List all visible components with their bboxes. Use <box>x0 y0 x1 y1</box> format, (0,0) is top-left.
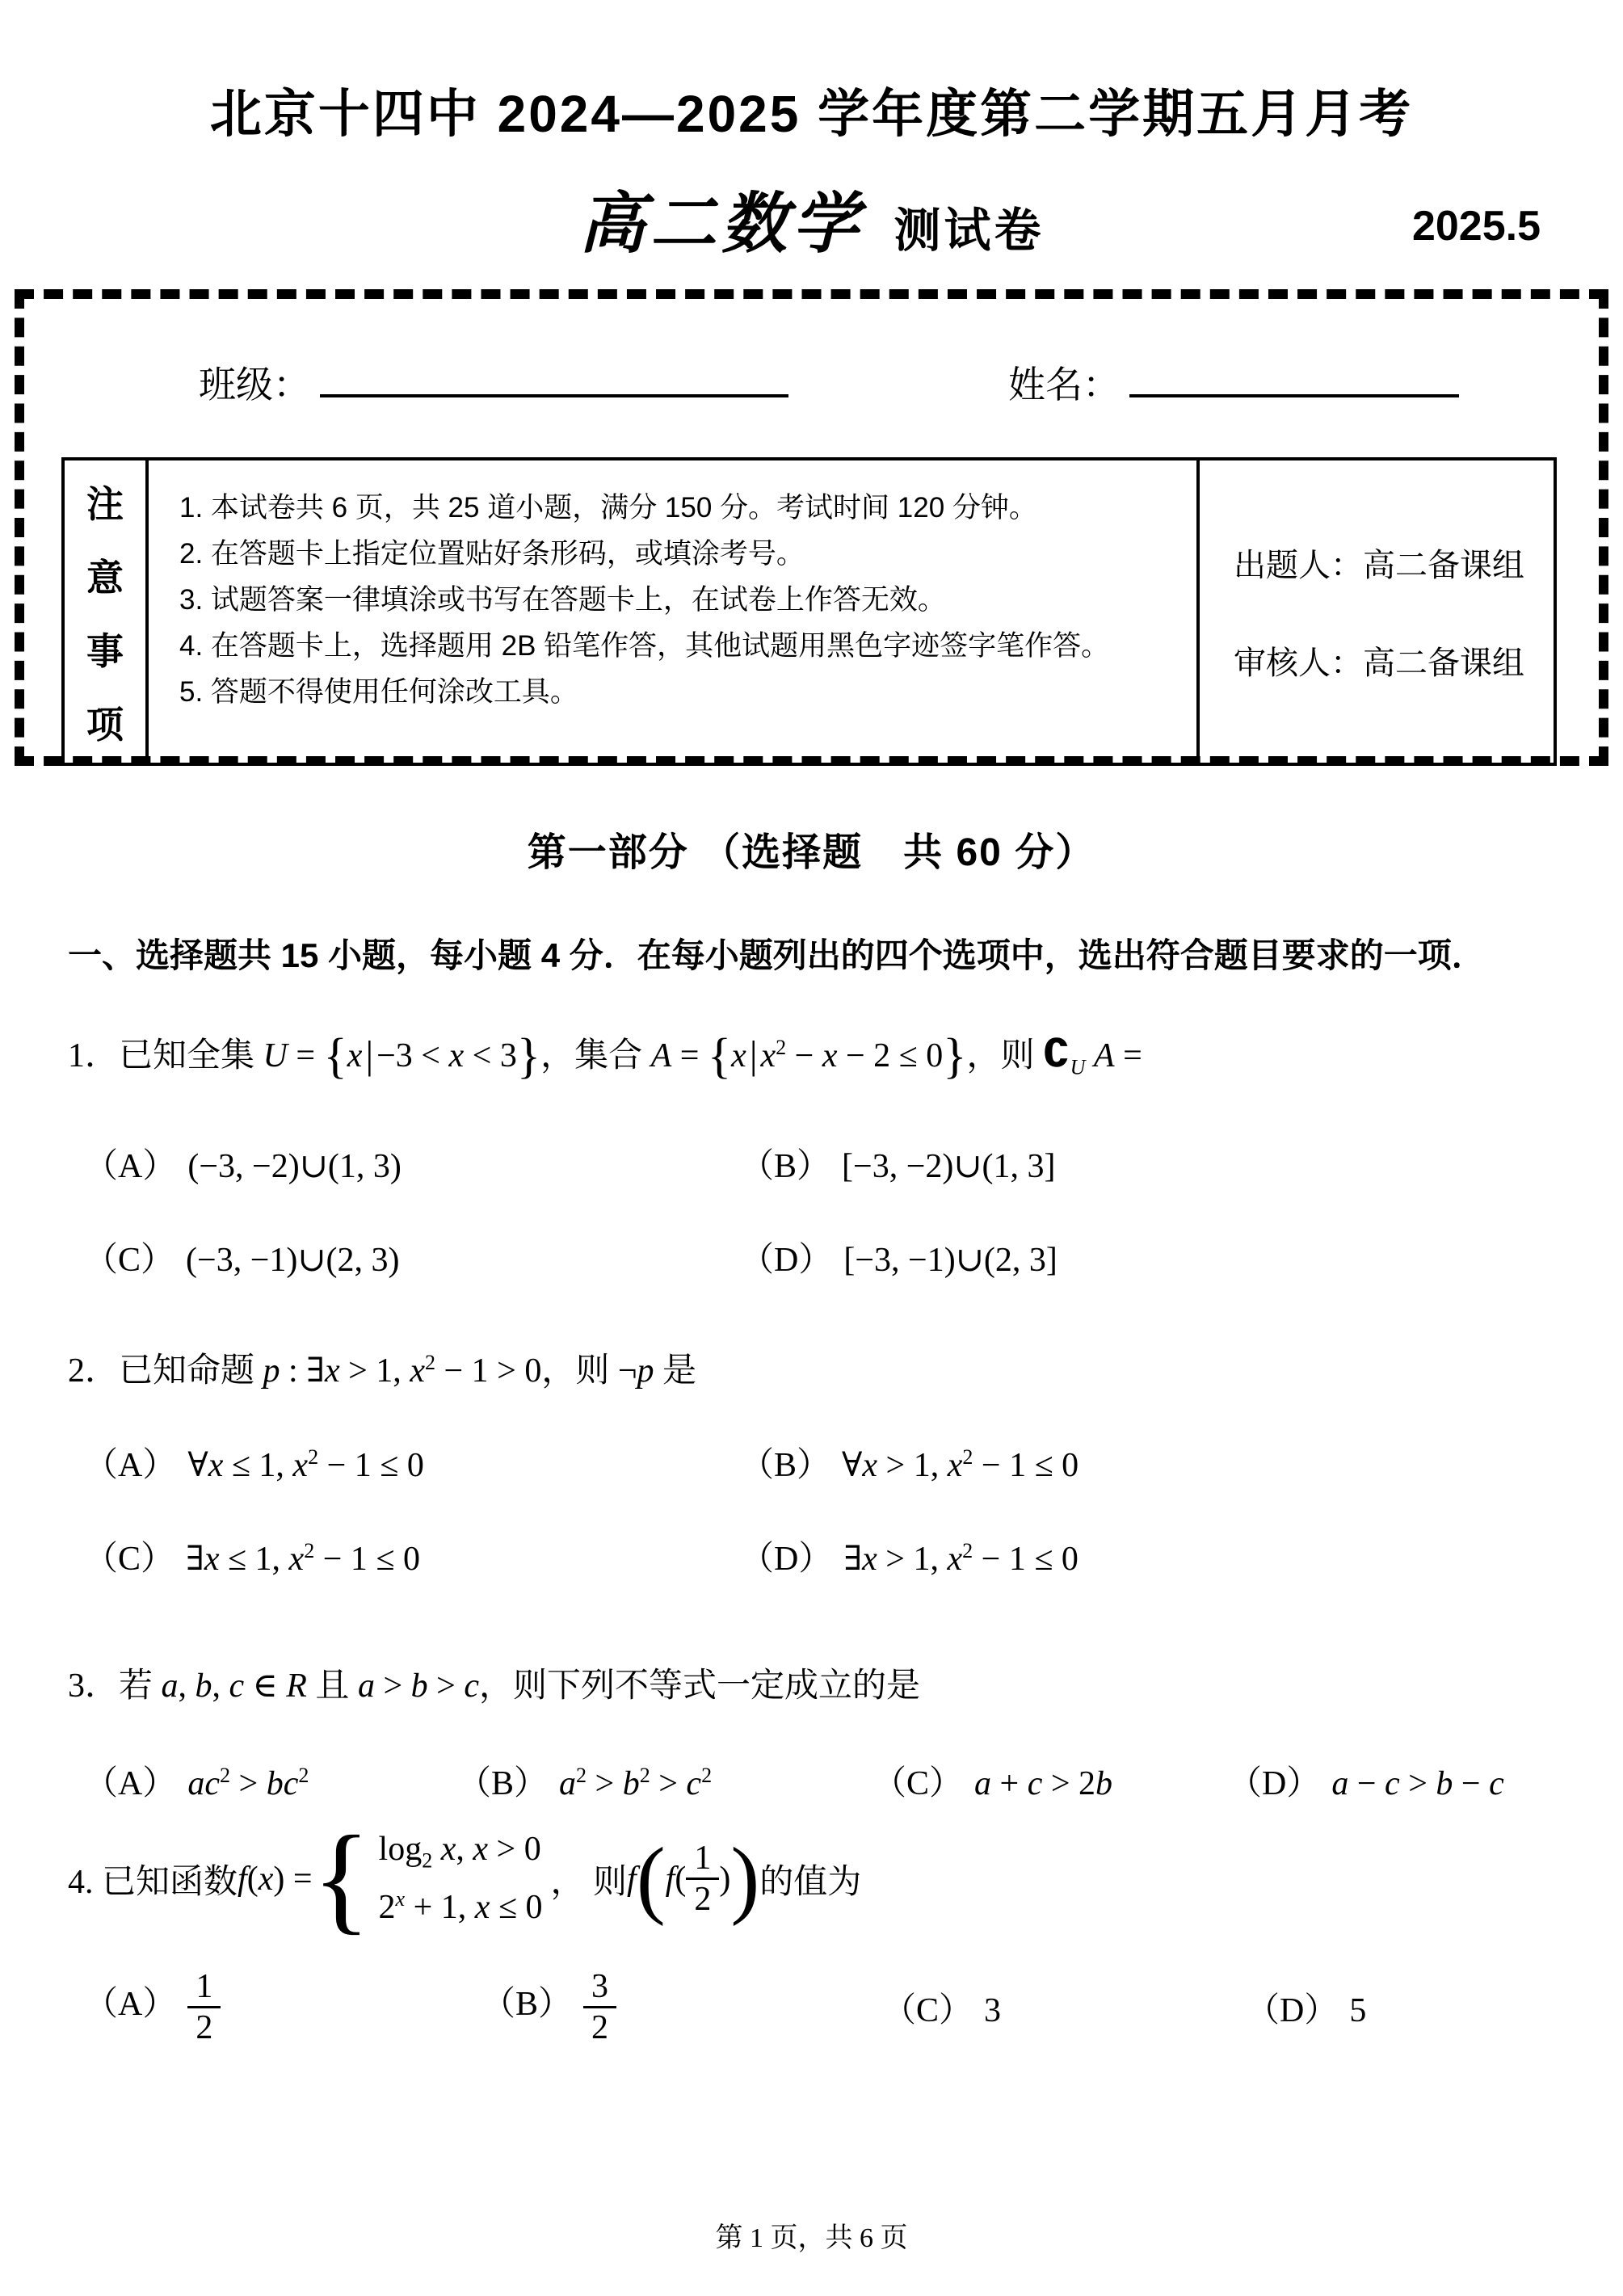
question-3-options: （A）ac2 > bc2 （B）a2 > b2 > c2 （C）a + c > … <box>68 1756 1583 1805</box>
question-3-stem: 3．若 a, b, c ∈ R 且 a > b > c，则下列不等式一定成立的是 <box>68 1658 1583 1714</box>
exam-paper-page: 北京十四中 2024—2025 学年度第二学期五月月考 高二数学 测试卷 202… <box>0 0 1623 2296</box>
question-1-stem: 1．已知全集 U = {x|−3 < x < 3}，集合 A = {x|x2 −… <box>68 1020 1583 1095</box>
question-4-option-a: （A）12 <box>84 1967 481 2048</box>
info-dashed-box: 班级： 姓名： 注 意 事 项 1. 本试卷共 6 页，共 25 道小题，满分 … <box>15 289 1608 766</box>
question-1: 1．已知全集 U = {x|−3 < x < 3}，集合 A = {x|x2 −… <box>68 1020 1583 1281</box>
notice-list: 1. 本试卷共 6 页，共 25 道小题，满分 150 分。考试时间 120 分… <box>149 460 1196 763</box>
student-info-row: 班级： 姓名： <box>24 352 1599 417</box>
question-2-stem: 2．已知命题 p : ∃x > 1, x2 − 1 > 0，则 ¬p 是 <box>68 1335 1583 1399</box>
page-footer: 第 1 页，共 6 页 <box>0 2215 1623 2255</box>
class-blank-line <box>320 352 788 397</box>
question-4-option-d: （D）5 <box>1246 1983 1583 2032</box>
setter-label: 出题人：高二备课组 <box>1234 540 1554 586</box>
question-1-option-a: （A）(−3, −2)∪(1, 3) <box>84 1139 740 1188</box>
question-2: 2．已知命题 p : ∃x > 1, x2 − 1 > 0，则 ¬p 是 （A）… <box>68 1335 1583 1580</box>
notice-table: 注 意 事 项 1. 本试卷共 6 页，共 25 道小题，满分 150 分。考试… <box>61 457 1557 766</box>
exam-subject: 高二数学 <box>578 171 863 266</box>
question-3-option-a: （A）ac2 > bc2 <box>84 1756 457 1805</box>
question-4: 4. 已知函数 f (x) = {log2 x, x > 02x + 1, x … <box>68 1824 1583 2048</box>
question-4-option-c: （C）3 <box>882 1983 1246 2032</box>
question-3: 3．若 a, b, c ∈ R 且 a > b > c，则下列不等式一定成立的是… <box>68 1658 1583 1805</box>
question-2-options: （A）∀x ≤ 1, x2 − 1 ≤ 0 （B）∀x > 1, x2 − 1 … <box>68 1438 1583 1580</box>
notice-title-char: 意 <box>86 549 124 602</box>
notice-item: 5. 答题不得使用任何涂改工具。 <box>179 669 1185 715</box>
question-3-option-c: （C）a + c > 2b <box>872 1756 1228 1805</box>
question-4-options: （A）12 （B）32 （C）3 （D）5 <box>68 1967 1583 2048</box>
question-1-option-d: （D）[−3, −1)∪(2, 3] <box>740 1233 1583 1281</box>
exam-title: 北京十四中 2024—2025 学年度第二学期五月月考 <box>0 73 1623 147</box>
part-title: 第一部分 （选择题 共 60 分） <box>0 821 1623 877</box>
exam-subtitle-row: 高二数学 测试卷 <box>0 171 1623 266</box>
notice-title-char: 注 <box>86 475 124 528</box>
exam-type: 测试卷 <box>893 192 1044 260</box>
question-2-option-d: （D）∃x > 1, x2 − 1 ≤ 0 <box>740 1532 1583 1580</box>
question-1-option-b: （B）[−3, −2)∪(1, 3] <box>740 1139 1583 1188</box>
notice-title-char: 项 <box>86 696 124 749</box>
question-3-option-d: （D）a − c > b − c <box>1228 1756 1583 1805</box>
question-2-option-c: （C）∃x ≤ 1, x2 − 1 ≤ 0 <box>84 1532 740 1580</box>
question-2-option-b: （B）∀x > 1, x2 − 1 ≤ 0 <box>740 1438 1583 1487</box>
question-1-options: （A）(−3, −2)∪(1, 3) （B）[−3, −2)∪(1, 3] （C… <box>68 1139 1583 1281</box>
staff-column: 出题人：高二备课组 审核人：高二备课组 <box>1196 460 1554 763</box>
question-1-option-c: （C）(−3, −1)∪(2, 3) <box>84 1233 740 1281</box>
notice-item: 3. 试题答案一律填涂或书写在答题卡上，在试卷上作答无效。 <box>179 577 1185 623</box>
name-blank-line <box>1129 352 1459 397</box>
notice-item: 1. 本试卷共 6 页，共 25 道小题，满分 150 分。考试时间 120 分… <box>179 485 1185 531</box>
notice-item: 4. 在答题卡上，选择题用 2B 铅笔作答，其他试题用黑色字迹签字笔作答。 <box>179 623 1185 669</box>
question-2-option-a: （A）∀x ≤ 1, x2 − 1 ≤ 0 <box>84 1438 740 1487</box>
name-label: 姓名： <box>1008 364 1120 406</box>
question-4-option-b: （B）32 <box>481 1967 882 2048</box>
notice-title-char: 事 <box>86 622 124 675</box>
reviewer-label: 审核人：高二备课组 <box>1234 637 1554 683</box>
question-3-option-b: （B）a2 > b2 > c2 <box>457 1756 872 1805</box>
question-4-stem: 4. 已知函数 f (x) = {log2 x, x > 02x + 1, x … <box>68 1824 1583 1933</box>
notice-title-column: 注 意 事 项 <box>65 460 149 763</box>
notice-item: 2. 在答题卡上指定位置贴好条形码，或填涂考号。 <box>179 531 1185 577</box>
class-label: 班级： <box>199 364 310 406</box>
exam-date: 2025.5 <box>1412 202 1541 250</box>
section-instruction: 一、选择题共 15 小题，每小题 4 分．在每小题列出的四个选项中，选出符合题目… <box>68 929 1591 978</box>
